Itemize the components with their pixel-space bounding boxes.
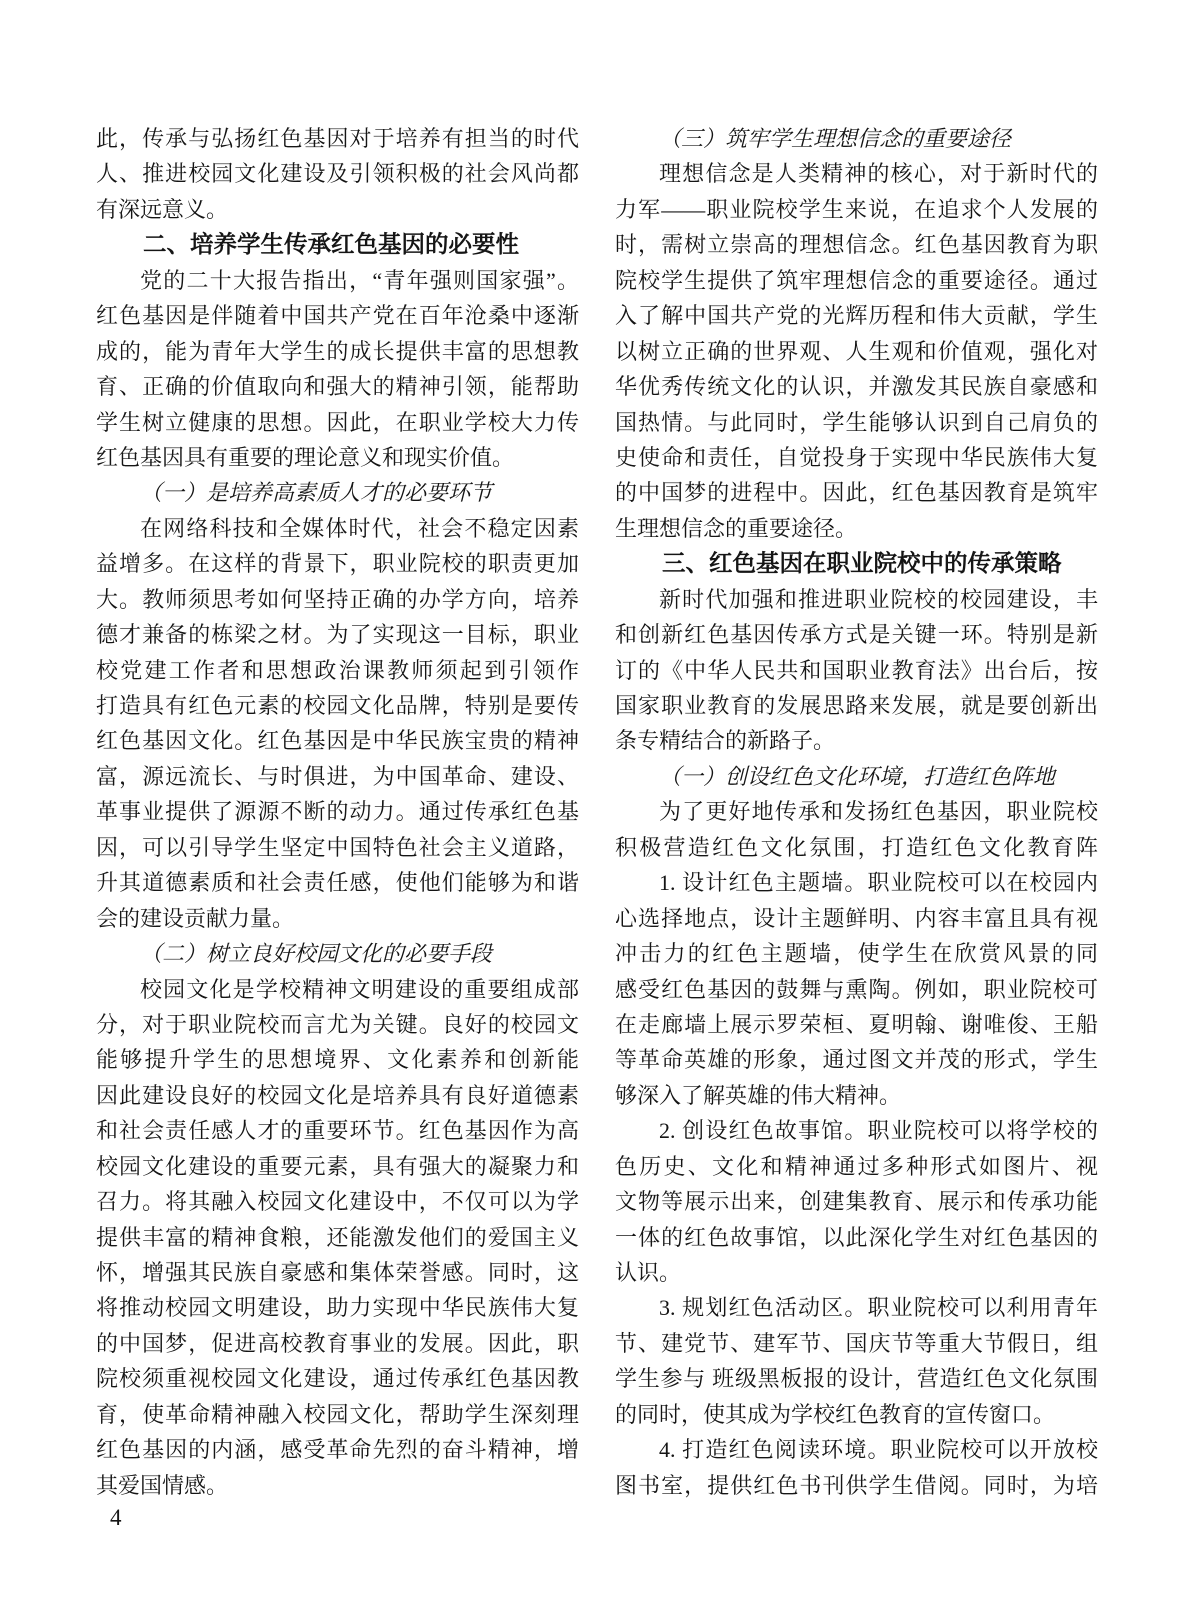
text-line: 红色基因具有重要的理论意义和现实价值。 — [96, 440, 579, 475]
text-line: 以树立正确的世界观、人生观和价值观，强化对中 — [615, 334, 1098, 369]
text-line: 院校学生提供了筑牢理想信念的重要途径。通过深 — [615, 263, 1098, 298]
text-line: 在走廊墙上展示罗荣桓、夏明翰、谢唯俊、王船山 — [615, 1007, 1098, 1042]
text-line: 党的二十大报告指出，“青年强则国家强”。 — [96, 263, 579, 298]
text-line: 的同时，使其成为学校红色教育的宣传窗口。 — [615, 1397, 1098, 1432]
text-line: 校党建工作者和思想政治课教师须起到引领作用， — [96, 653, 579, 688]
text-line: 力军——职业院校学生来说，在追求个人发展的同 — [615, 192, 1098, 227]
text-line: 时，需树立崇高的理想信念。红色基因教育为职业 — [615, 227, 1098, 262]
text-line: 能够提升学生的思想境界、文化素养和创新能力， — [96, 1042, 579, 1077]
text-line: 和创新红色基因传承方式是关键一环。特别是新修 — [615, 617, 1098, 652]
text-line: 积极营造红色文化氛围，打造红色文化教育阵地。 — [615, 830, 1098, 865]
text-line: 召力。将其融入校园文化建设中，不仅可以为学生 — [96, 1184, 579, 1219]
text-line: 育，使革命精神融入校园文化，帮助学生深刻理解 — [96, 1397, 579, 1432]
text-line: 打造具有红色元素的校园文化品牌，特别是要传承 — [96, 688, 579, 723]
text-line: 校园文化是学校精神文明建设的重要组成部 — [96, 972, 579, 1007]
right-column: （三）筑牢学生理想信念的重要途径理想信念是人类精神的核心，对于新时代的主力军——… — [615, 121, 1098, 1503]
text-line: 入了解中国共产党的光辉历程和伟大贡献，学生可 — [615, 298, 1098, 333]
section-heading: 二、培养学生传承红色基因的必要性 — [96, 227, 579, 262]
left-column: 此，传承与弘扬红色基因对于培养有担当的时代新人、推进校园文化建设及引领积极的社会… — [96, 121, 579, 1503]
text-line: 色历史、文化和精神通过多种形式如图片、视频、 — [615, 1149, 1098, 1184]
text-line: 史使命和责任，自觉投身于实现中华民族伟大复兴 — [615, 440, 1098, 475]
text-line: 认识。 — [615, 1255, 1098, 1290]
text-line: 心选择地点，设计主题鲜明、内容丰富且具有视觉 — [615, 901, 1098, 936]
text-line: 益增多。在这样的背景下，职业院校的职责更加重 — [96, 546, 579, 581]
text-line: 学生参与 班级黑板报的设计，营造红色文化氛围 — [615, 1361, 1098, 1396]
subsection-heading: （一）创设红色文化环境，打造红色阵地 — [615, 759, 1098, 794]
text-line: 大。教师须思考如何坚持正确的办学方向，培养出 — [96, 582, 579, 617]
subsection-heading: （三）筑牢学生理想信念的重要途径 — [615, 121, 1098, 156]
text-line: 怀，增强其民族自豪感和集体荣誉感。同时，这也 — [96, 1255, 579, 1290]
text-line: 成的，能为青年大学生的成长提供丰富的思想教 — [96, 334, 579, 369]
page-number: 4 — [110, 1504, 122, 1532]
text-line: 因，可以引导学生坚定中国特色社会主义道路，提 — [96, 830, 579, 865]
text-line: 有深远意义。 — [96, 192, 579, 227]
text-line: 育、正确的价值取向和强大的精神引领，能帮助大 — [96, 369, 579, 404]
text-line: 国热情。与此同时，学生能够认识到自己肩负的历 — [615, 405, 1098, 440]
text-line: 一体的红色故事馆，以此深化学生对红色基因的 — [615, 1220, 1098, 1255]
text-line: 华优秀传统文化的认识，并激发其民族自豪感和爱 — [615, 369, 1098, 404]
text-line: 国家职业教育的发展思路来发展，就是要创新出一 — [615, 688, 1098, 723]
text-line: 理想信念是人类精神的核心，对于新时代的主 — [615, 156, 1098, 191]
text-line: 2. 创设红色故事馆。职业院校可以将学校的红 — [615, 1113, 1098, 1148]
text-line: 升其道德素质和社会责任感，使他们能够为和谐社 — [96, 865, 579, 900]
text-line: 富，源远流长、与时俱进，为中国革命、建设、改 — [96, 759, 579, 794]
section-heading: 三、红色基因在职业院校中的传承策略 — [615, 546, 1098, 581]
text-line: 会的建设贡献力量。 — [96, 901, 579, 936]
text-line: 冲击力的红色主题墙，使学生在欣赏风景的同时， — [615, 936, 1098, 971]
text-line: 提供丰富的精神食粮，还能激发他们的爱国主义情 — [96, 1220, 579, 1255]
text-line: 的中国梦，促进高校教育事业的发展。因此，职业 — [96, 1326, 579, 1361]
text-line: 条专精结合的新路子。 — [615, 723, 1098, 758]
text-line: 院校须重视校园文化建设，通过传承红色基因教 — [96, 1361, 579, 1396]
text-line: 校园文化建设的重要元素，具有强大的凝聚力和感 — [96, 1149, 579, 1184]
text-line: 等革命英雄的形象，通过图文并茂的形式，学生能 — [615, 1042, 1098, 1077]
text-line: 革事业提供了源源不断的动力。通过传承红色基 — [96, 794, 579, 829]
document-page: 此，传承与弘扬红色基因对于培养有担当的时代新人、推进校园文化建设及引领积极的社会… — [0, 0, 1191, 1616]
text-line: 因此建设良好的校园文化是培养具有良好道德素质 — [96, 1078, 579, 1113]
text-line: 为了更好地传承和发扬红色基因，职业院校应 — [615, 794, 1098, 829]
text-line: 3. 规划红色活动区。职业院校可以利用青年 — [615, 1290, 1098, 1325]
text-line: 新时代加强和推进职业院校的校园建设，丰富 — [615, 582, 1098, 617]
subsection-heading: （一）是培养高素质人才的必要环节 — [96, 475, 579, 510]
text-line: 学生树立健康的思想。因此，在职业学校大力传承 — [96, 405, 579, 440]
text-line: 够深入了解英雄的伟大精神。 — [615, 1078, 1098, 1113]
text-line: 1. 设计红色主题墙。职业院校可以在校园内精 — [615, 865, 1098, 900]
text-line: 其爱国情感。 — [96, 1468, 579, 1503]
text-line: 4. 打造红色阅读环境。职业院校可以开放校内 — [615, 1432, 1098, 1467]
text-line: 分，对于职业院校而言尤为关键。良好的校园文化 — [96, 1007, 579, 1042]
text-line: 节、建党节、建军节、国庆节等重大节假日，组织 — [615, 1326, 1098, 1361]
text-line: 的中国梦的进程中。因此，红色基因教育是筑牢学 — [615, 475, 1098, 510]
text-line: 文物等展示出来，创建集教育、展示和传承功能于 — [615, 1184, 1098, 1219]
text-line: 德才兼备的栋梁之材。为了实现这一目标，职业院 — [96, 617, 579, 652]
text-line: 将推动校园文明建设，助力实现中华民族伟大复兴 — [96, 1290, 579, 1325]
text-line: 生理想信念的重要途径。 — [615, 511, 1098, 546]
text-line: 和社会责任感人才的重要环节。红色基因作为高校 — [96, 1113, 579, 1148]
text-line: 图书室，提供红色书刊供学生借阅。同时，为培养 — [615, 1468, 1098, 1503]
text-line: 此，传承与弘扬红色基因对于培养有担当的时代新 — [96, 121, 579, 156]
text-line: 红色基因是伴随着中国共产党在百年沧桑中逐渐形 — [96, 298, 579, 333]
text-line: 红色基因的内涵，感受革命先烈的奋斗精神，增强 — [96, 1432, 579, 1467]
text-line: 订的《中华人民共和国职业教育法》出台后，按照 — [615, 653, 1098, 688]
text-line: 感受红色基因的鼓舞与熏陶。例如，职业院校可以 — [615, 972, 1098, 1007]
subsection-heading: （二）树立良好校园文化的必要手段 — [96, 936, 579, 971]
text-line: 红色基因文化。红色基因是中华民族宝贵的精神财 — [96, 723, 579, 758]
text-line: 人、推进校园文化建设及引领积极的社会风尚都具 — [96, 156, 579, 191]
text-line: 在网络科技和全媒体时代，社会不稳定因素日 — [96, 511, 579, 546]
